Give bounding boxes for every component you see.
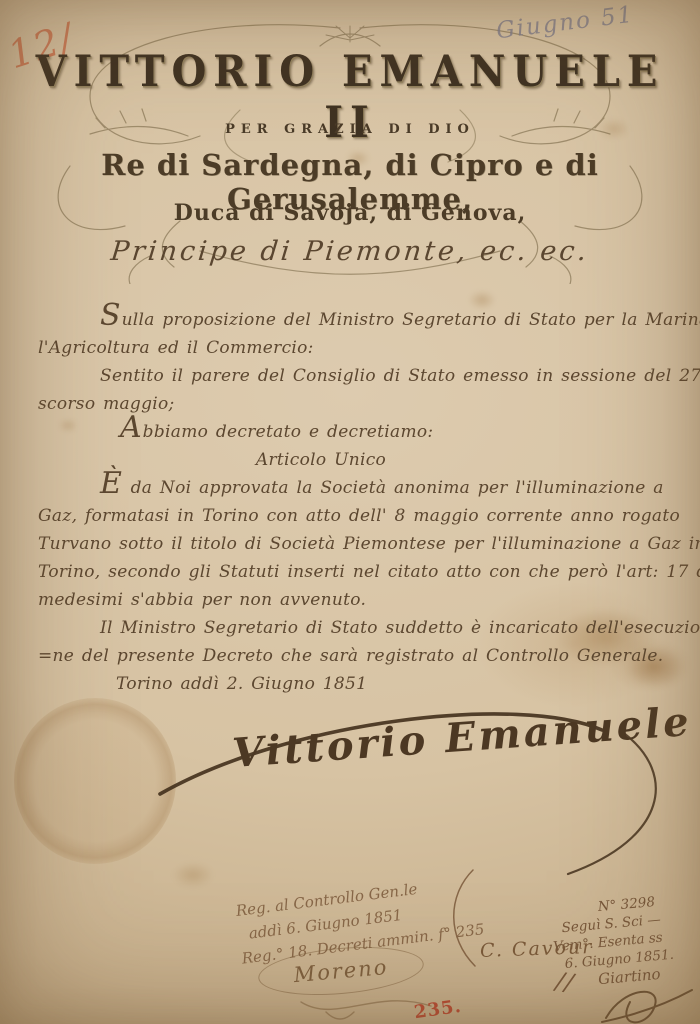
body-line: Gaz, formatasi in Torino con atto dell' …: [38, 502, 664, 530]
dateline: Torino addì 2. Giugno 1851: [38, 670, 664, 698]
body-line: Turvano sotto il titolo di Società Piemo…: [38, 530, 664, 558]
body-line: medesimi s'abbia per non avvenuto.: [38, 586, 664, 614]
red-folio-number: 235.: [413, 996, 463, 1023]
body-line: È da Noi approvata la Società anonima pe…: [38, 474, 664, 502]
decree-body-text: Sulla proposizione del Ministro Segretar…: [38, 306, 664, 698]
body-line: l'Agricoltura ed il Commercio:: [38, 334, 664, 362]
royal-motto: PER GRAZIA DI DIO: [0, 122, 700, 137]
body-line: Il Ministro Segretario di Stato suddetto…: [38, 614, 664, 642]
pencil-date-note: Giugno 51: [495, 2, 636, 45]
royal-style-line-2: Duca di Savoja, di Genova,: [0, 200, 700, 226]
body-line: Sulla proposizione del Ministro Segretar…: [38, 306, 664, 334]
archivist-paraph: [598, 984, 696, 1024]
body-line: =ne del presente Decreto che sarà regist…: [38, 642, 664, 670]
body-line: Torino, secondo gli Statuti inserti nel …: [38, 558, 664, 586]
decree-document-page: 12/ Giugno 51 VITTORIO EMANUELE II PER G…: [0, 0, 700, 1024]
article-heading: Articolo Unico: [38, 446, 664, 474]
paper-stain: [172, 862, 214, 888]
body-line: Sentito il parere del Consiglio di Stato…: [38, 362, 664, 390]
double-slash-mark: //: [554, 967, 576, 997]
body-line: Abbiamo decretato e decretiamo:: [38, 418, 664, 446]
king-signature: Vittorio Emanuele: [231, 698, 693, 777]
royal-style-line-3: Principe di Piemonte, ec. ec.: [0, 236, 700, 267]
embossed-dry-seal: [14, 698, 176, 864]
